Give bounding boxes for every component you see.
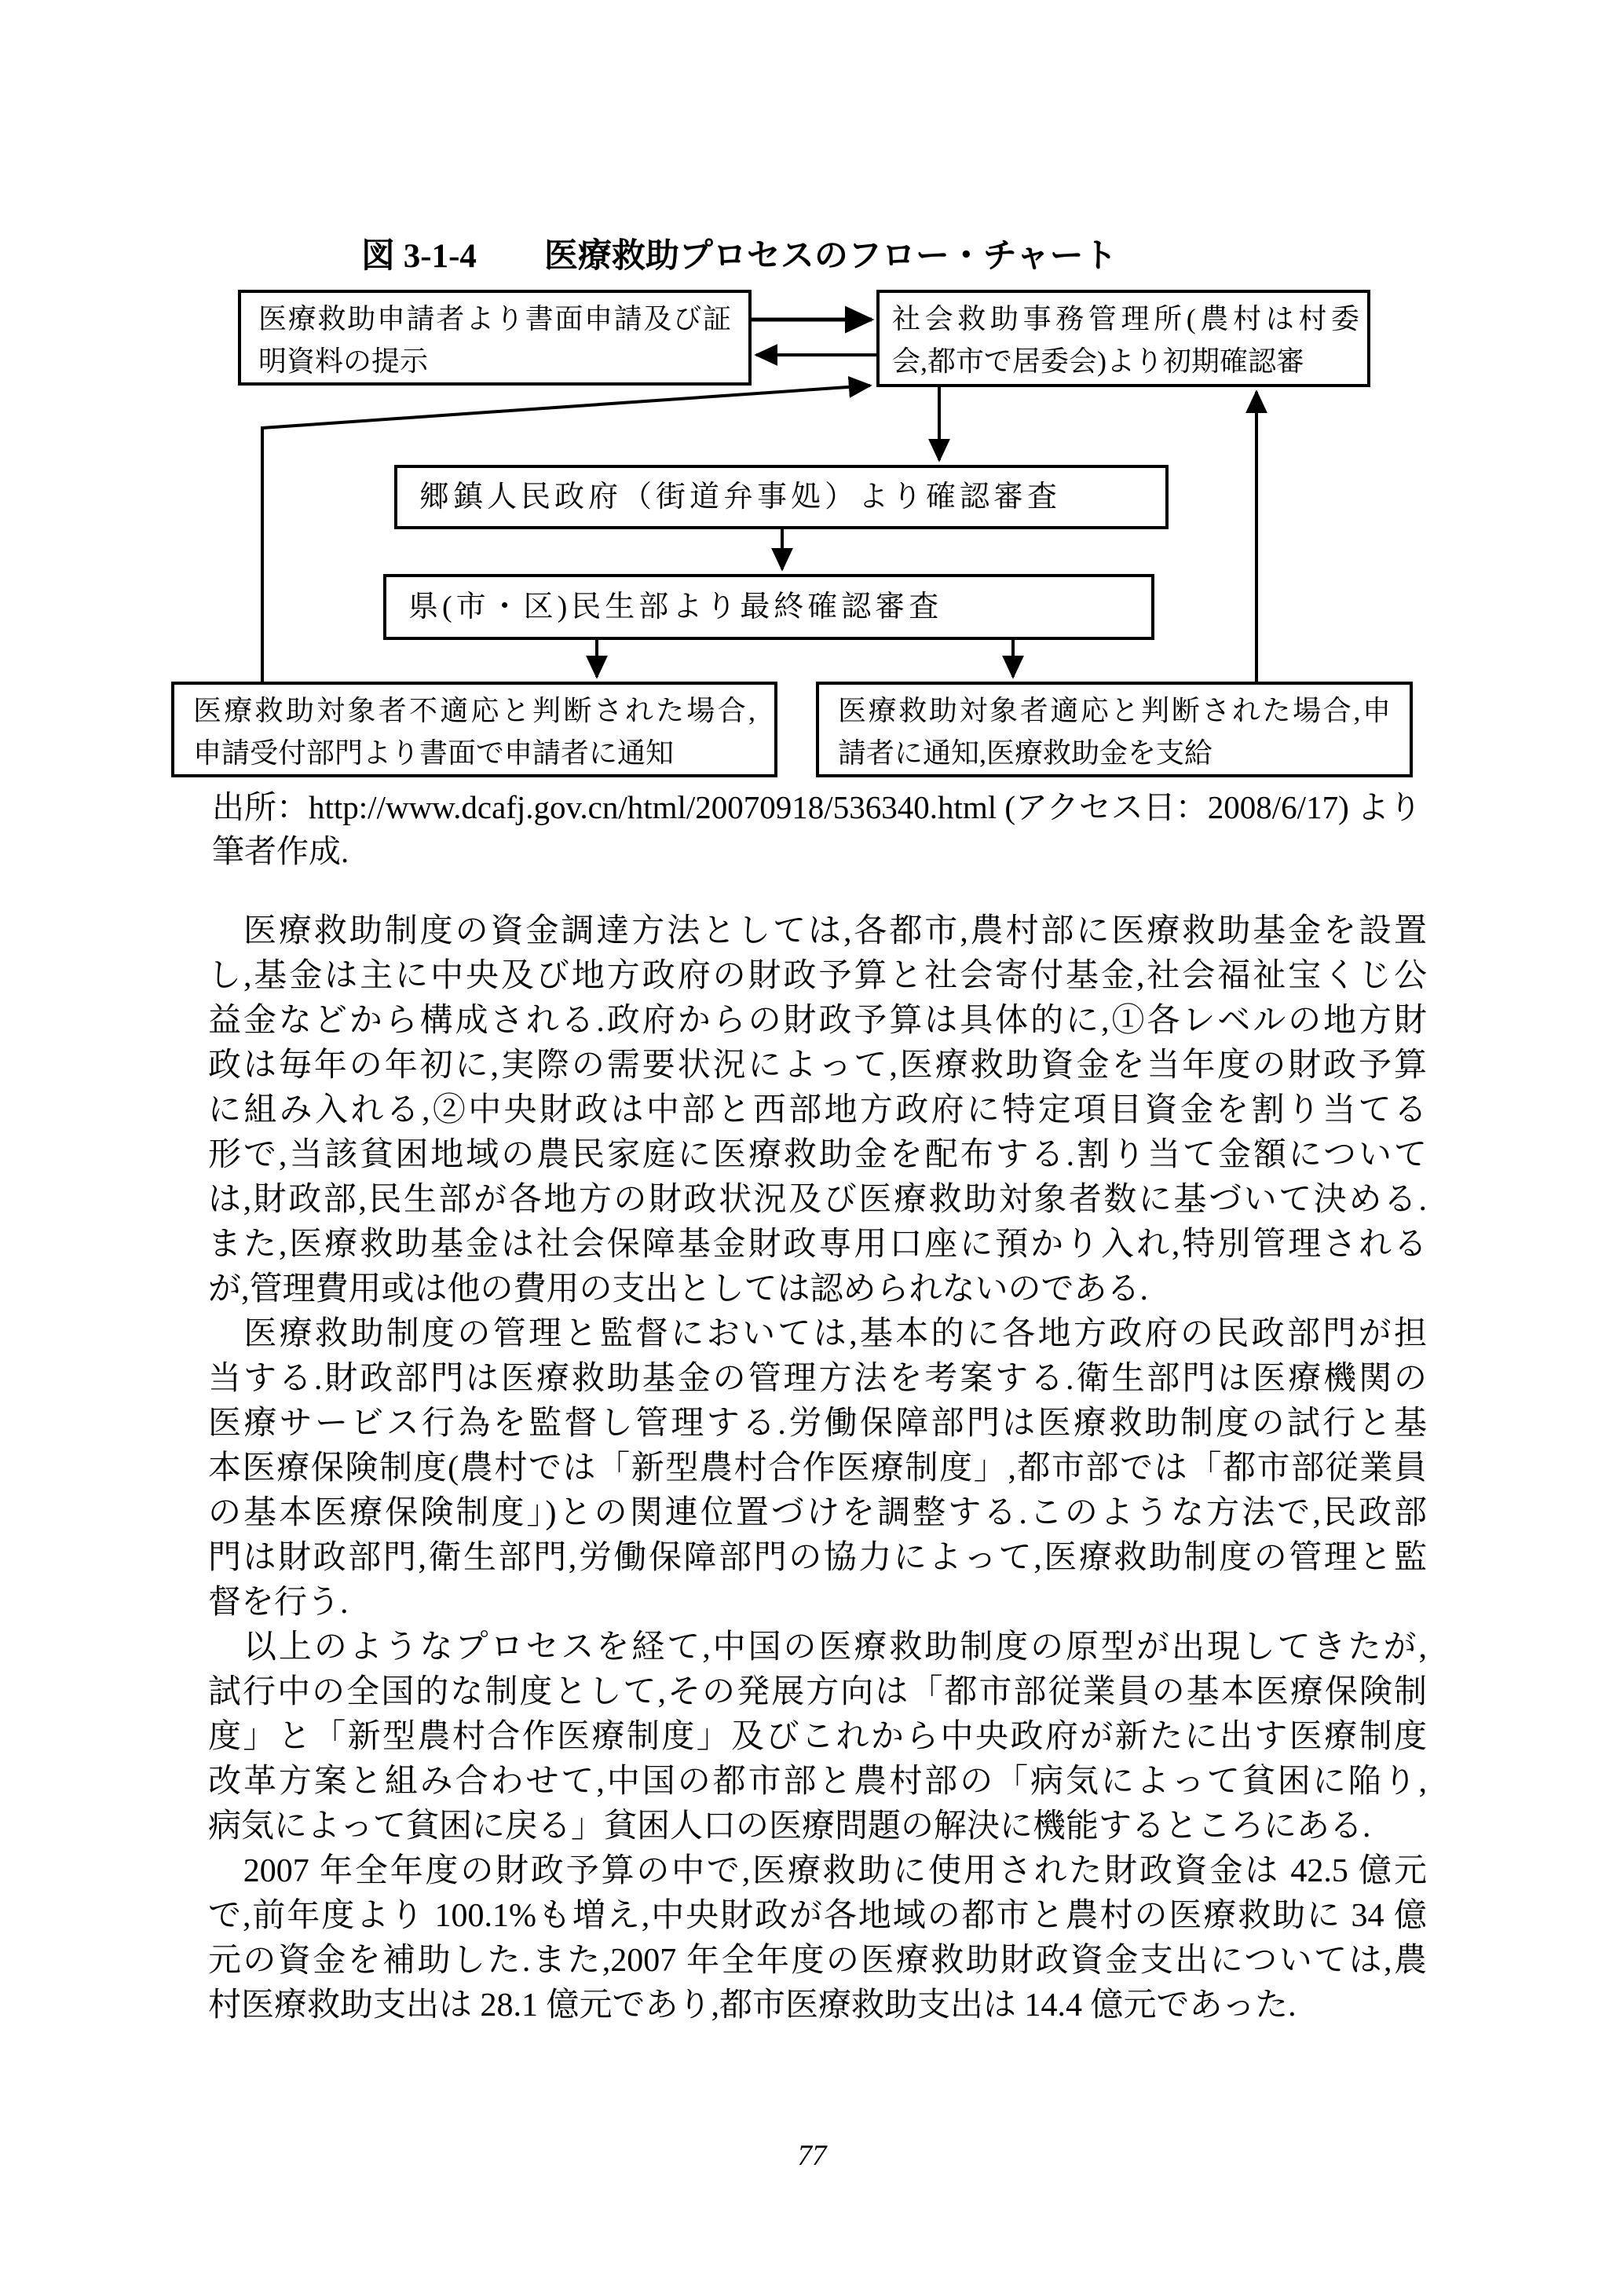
text-line: 元の資金を補助した.また,2007 年全年度の医療救助財政資金支出については,農: [208, 1939, 1427, 1983]
text-line: 病気によって貧困に戻る」貧困人口の医療問題の解決に機能するところにある.: [208, 1804, 1427, 1849]
page-number: 77: [0, 2139, 1624, 2173]
text-line: に組み入れる,②中央財政は中部と西部地方政府に特定項目資金を割り当てる: [208, 1088, 1427, 1133]
flowchart-box-admin-office: 社会救助事務管理所(農村は村委会,都市で居委会)より初期確認審: [876, 290, 1370, 387]
text-line: 形で,当該貧困地域の農民家庭に医療救助金を配布する.割り当て金額について: [208, 1133, 1427, 1178]
flowchart-box-county-civil: 県(市・区)民生部より最終確認審査: [383, 574, 1154, 640]
text-line: 医療救助制度の管理と監督においては,基本的に各地方政府の民政部門が担: [208, 1312, 1427, 1357]
text-line: 益金などから構成される.政府からの財政予算は具体的に,①各レベルの地方財: [208, 999, 1427, 1044]
text-line: 医療救助申請者より書面申請及び証: [258, 298, 731, 340]
text-line: 出所：http://www.dcafj.gov.cn/html/20070918…: [212, 785, 1437, 829]
text-line: の基本医療保険制度」)との関連位置づけを調整する.このような方法で,民政部: [208, 1491, 1427, 1536]
text-line: 改革方案と組み合わせて,中国の都市部と農村部の「病気によって貧困に陥り,: [208, 1760, 1427, 1804]
paragraph-supervision: 医療救助制度の管理と監督においては,基本的に各地方政府の民政部門が担当する.財政…: [208, 1312, 1427, 1625]
flowchart-box-applicant: 医療救助申請者より書面申請及び証明資料の提示: [238, 290, 752, 386]
paragraph-budget-2007: 2007 年全年度の財政予算の中で,医療救助に使用された財政資金は 42.5 億…: [208, 1849, 1427, 2028]
text-line: 村医療救助支出は 28.1 億元であり,都市医療救助支出は 14.4 億元であっ…: [208, 1983, 1427, 2028]
text-line: 社会救助事務管理所(農村は村委: [892, 298, 1359, 340]
flowchart-box-rejected: 医療救助対象者不適応と判断された場合,申請受付部門より書面で申請者に通知: [171, 682, 777, 777]
text-line: 請者に通知,医療救助金を支給: [838, 732, 1391, 774]
text-line: 当する.財政部門は医療救助基金の管理方法を考案する.衛生部門は医療機関の: [208, 1357, 1427, 1402]
text-line: 以上のようなプロセスを経て,中国の医療救助制度の原型が出現してきたが,: [208, 1625, 1427, 1670]
text-line: 本医療保険制度(農村では「新型農村合作医療制度」,都市部では「都市部従業員: [208, 1446, 1427, 1491]
paragraph-development: 以上のようなプロセスを経て,中国の医療救助制度の原型が出現してきたが,試行中の全…: [208, 1625, 1427, 1849]
text-line: し,基金は主に中央及び地方政府の財政予算と社会寄付基金,社会福祉宝くじ公: [208, 954, 1427, 999]
text-line: 医療救助制度の資金調達方法としては,各都市,農村部に医療救助基金を設置: [208, 909, 1427, 954]
text-line: で,前年度より 100.1%も増え,中央財政が各地域の都市と農村の医療救助に 3…: [208, 1894, 1427, 1939]
text-line: 門は財政部門,衛生部門,労働保障部門の協力によって,医療救助制度の管理と監: [208, 1536, 1427, 1581]
text-line: 明資料の提示: [258, 340, 731, 382]
source-note: 出所：http://www.dcafj.gov.cn/html/20070918…: [212, 785, 1437, 873]
text-line: が,管理費用或は他の費用の支出としては認められないのである.: [208, 1267, 1427, 1312]
flowchart-box-township-gov: 郷鎮人民政府（街道弁事処）より確認審査: [394, 465, 1169, 529]
text-line: 督を行う.: [208, 1581, 1427, 1625]
body-text: 医療救助制度の資金調達方法としては,各都市,農村部に医療救助基金を設置し,基金は…: [208, 909, 1427, 2028]
text-line: 申請受付部門より書面で申請者に通知: [193, 732, 755, 774]
text-line: 医療救助対象者適応と判断された場合,申: [838, 689, 1391, 732]
text-line: 度」と「新型農村合作医療制度」及びこれから中央政府が新たに出す医療制度: [208, 1715, 1427, 1760]
text-line: 医療救助対象者不適応と判断された場合,: [193, 689, 755, 732]
text-line: 試行中の全国的な制度として,その発展方向は「都市部従業員の基本医療保険制: [208, 1670, 1427, 1715]
text-line: 会,都市で居委会)より初期確認審: [892, 340, 1359, 382]
document-page: 図 3-1-4医療救助プロセスのフロー・チャート 医療救助申請者より書面申請及び…: [0, 0, 1624, 2296]
text-line: 政は毎年の年初に,実際の需要状況によって,医療救助資金を当年度の財政予算: [208, 1044, 1427, 1088]
flowchart-box-approved: 医療救助対象者適応と判断された場合,申請者に通知,医療救助金を支給: [816, 682, 1413, 777]
text-line: 筆者作成.: [212, 829, 1437, 873]
paragraph-funding: 医療救助制度の資金調達方法としては,各都市,農村部に医療救助基金を設置し,基金は…: [208, 909, 1427, 1312]
text-line: 2007 年全年度の財政予算の中で,医療救助に使用された財政資金は 42.5 億…: [208, 1849, 1427, 1894]
text-line: 医療サービス行為を監督し管理する.労働保障部門は医療救助制度の試行と基: [208, 1402, 1427, 1446]
text-line: は,財政部,民生部が各地方の財政状況及び医療救助対象者数に基づいて決める.: [208, 1178, 1427, 1223]
text-line: また,医療救助基金は社会保障基金財政専用口座に預かり入れ,特別管理される: [208, 1223, 1427, 1267]
text-line: 県(市・区)民生部より最終確認審査: [408, 586, 942, 628]
text-line: 郷鎮人民政府（街道弁事処）より確認審査: [419, 476, 1061, 518]
